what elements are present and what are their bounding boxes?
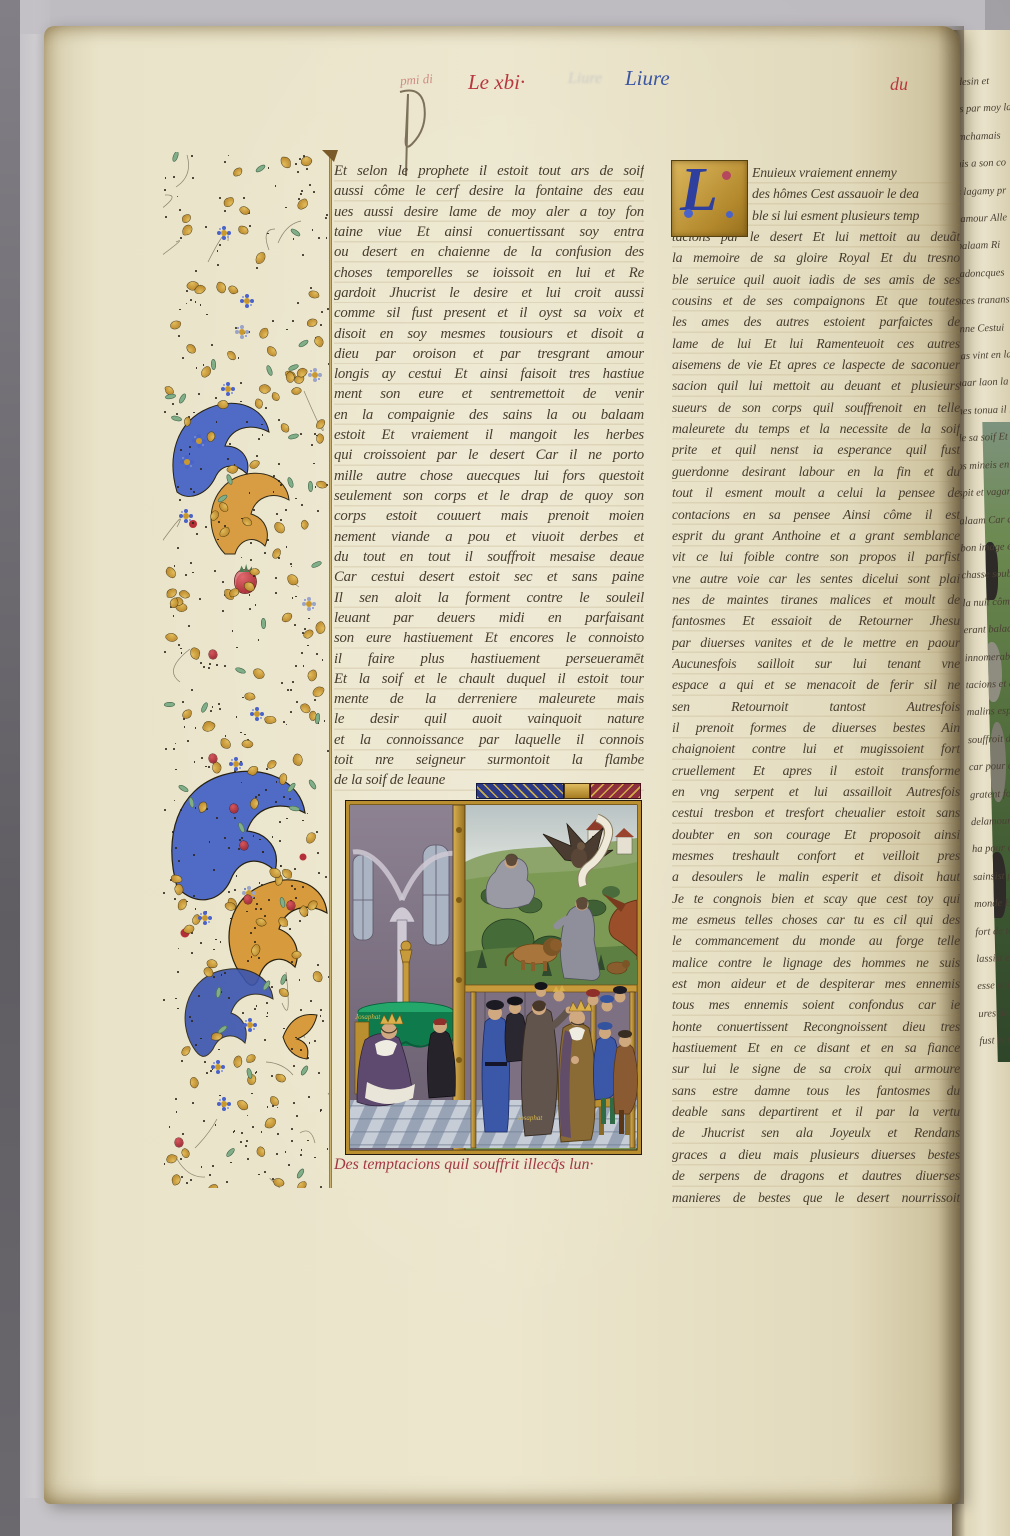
dot-motif <box>289 798 291 800</box>
text-line: en vng serpent et lui assailloit Autresf… <box>672 781 960 802</box>
dot-motif <box>228 997 230 999</box>
dot-motif <box>260 908 262 910</box>
text-line: lassist et vng me <box>976 943 1010 973</box>
dot-motif <box>165 748 167 750</box>
dot-motif <box>253 897 255 899</box>
dot-motif <box>181 1060 183 1062</box>
text-line: Il sen aloit la forment contre le soulei… <box>334 588 644 608</box>
text-line: ha pour celle gra <box>972 834 1010 864</box>
text-line: la memoire de sa gloire Royal Et du tres… <box>672 247 960 268</box>
dot-motif <box>213 976 215 978</box>
header-chapter-number: Le xbi· <box>468 70 525 95</box>
outdoor-scene <box>465 805 637 988</box>
dot-motif <box>177 971 179 973</box>
dot-motif <box>301 652 303 654</box>
dot-motif <box>294 868 296 870</box>
dot-motif <box>317 852 319 854</box>
dot-motif <box>314 699 316 701</box>
dot-motif <box>264 915 266 917</box>
dot-motif <box>200 468 202 470</box>
dot-motif <box>320 1186 322 1188</box>
dot-motif <box>308 1096 310 1098</box>
dot-motif <box>215 397 217 399</box>
text-line: le commancement du monde au forge telle <box>672 930 960 951</box>
dot-motif <box>279 840 281 842</box>
dot-motif <box>264 1039 266 1041</box>
dot-motif <box>249 225 251 227</box>
dot-motif <box>200 942 202 944</box>
dot-motif <box>224 525 226 527</box>
text-line: doubter en son courage Et proposoit ains… <box>672 824 960 845</box>
text-line: ues aussi desire lame de moy aler a toy … <box>334 202 644 222</box>
text-line: tous mes ennemis soient confondus car ie <box>672 994 960 1015</box>
dot-motif <box>182 357 184 359</box>
text-line: cruellement Et apres il estoit transform… <box>672 760 960 781</box>
dot-motif <box>163 892 165 894</box>
initial-flower-blue <box>726 211 733 218</box>
dot-motif <box>317 510 319 512</box>
text-line: esprit du grant Anthoine et a grant semb… <box>672 525 960 546</box>
text-line: sans estre damne tous les fantosmes du <box>672 1080 960 1101</box>
dot-motif <box>310 1000 312 1002</box>
dot-motif <box>222 581 224 583</box>
dot-motif <box>278 480 280 482</box>
text-line: innomerable ve <box>964 642 1010 672</box>
dot-motif <box>302 886 304 888</box>
text-line: la nuit côme <box>962 587 1010 617</box>
dot-motif <box>301 504 303 506</box>
dot-motif <box>292 681 294 683</box>
text-line: malice contre le lignage des hommes ne s… <box>672 952 960 973</box>
dot-motif <box>244 888 246 890</box>
text-line: choses temporelles se ioissoit en lui et… <box>334 263 644 283</box>
dot-motif <box>177 547 179 549</box>
dot-motif <box>198 995 200 997</box>
dot-motif <box>193 491 195 493</box>
dot-motif <box>196 533 198 535</box>
text-line: ures de tenir qui <box>978 998 1010 1028</box>
text-line: mille autre chose auecques lui fors ques… <box>334 466 644 486</box>
dot-motif <box>228 847 230 849</box>
center-name-label: Josaphat <box>517 1114 543 1122</box>
dot-motif <box>317 964 319 966</box>
dot-motif <box>318 237 320 239</box>
dot-motif <box>272 1105 274 1107</box>
dot-motif <box>224 972 226 974</box>
dot-motif <box>164 189 166 191</box>
dot-motif <box>234 889 236 891</box>
dot-motif <box>191 1020 193 1022</box>
text-line: tout il esment moult a celui la pensee d… <box>672 482 960 503</box>
text-line: comme sil fust present et il oyst sa voi… <box>334 303 644 323</box>
dot-motif <box>185 574 187 576</box>
dot-motif <box>299 158 301 160</box>
dot-motif <box>275 801 277 803</box>
text-line: car pour ce que <box>968 752 1010 782</box>
bluefl-motif <box>247 1022 253 1028</box>
text-line: et la connoissance par laquelle il conno… <box>334 730 644 750</box>
text-line: sen Retournoit tantost Autresfois <box>672 696 960 717</box>
initial-flower-pink <box>722 171 731 180</box>
text-line: il faire plus hastiuement perseueramēt <box>334 649 644 669</box>
bluefl-motif <box>244 298 250 304</box>
text-line: son eure hastiuement Et encores le conno… <box>334 628 644 648</box>
dot-motif <box>272 320 274 322</box>
text-line: mente de la derreniere maleurete mais <box>334 689 644 709</box>
dot-motif <box>189 446 191 448</box>
text-line: hastiuement Et en ce disant et en sa fia… <box>672 1037 960 1058</box>
facing-page-sliver: uardesin etnous par moy laplomchamaisdan… <box>952 30 1010 1536</box>
dot-motif <box>246 421 248 423</box>
dot-motif <box>190 488 192 490</box>
text-line: ou desert en chaienne de la confusion de… <box>334 242 644 262</box>
dot-motif <box>200 662 202 664</box>
text-line: erant balaam au <box>963 615 1010 645</box>
dot-motif <box>278 463 280 465</box>
dot-motif <box>224 665 226 667</box>
dot-motif <box>240 1141 242 1143</box>
dot-motif <box>198 393 200 395</box>
filler-blue-panel <box>476 783 564 799</box>
text-line: lame de lui Et lui Ramenteuoit ces autre… <box>672 333 960 354</box>
text-line: fantosmes Et essaioit de Retourner Jhesu <box>672 610 960 631</box>
goldleaf-motif <box>246 1054 254 1062</box>
text-line: Enuieux vraiement ennemy <box>752 162 960 183</box>
dot-motif <box>307 1057 309 1059</box>
text-line: est mon aideur et de despiterar mes enne… <box>672 973 960 994</box>
dot-motif <box>316 653 318 655</box>
bluefl-motif <box>254 711 260 717</box>
dot-motif <box>326 214 328 216</box>
dot-motif <box>321 311 323 313</box>
illuminated-initial: L <box>671 160 748 237</box>
dot-motif <box>250 559 252 561</box>
text-line: contacions en sa pensee Ainsi côme il es… <box>672 504 960 525</box>
text-line: graces a dieu mais plusieurs diuerses be… <box>672 1144 960 1165</box>
dot-motif <box>195 1044 197 1046</box>
dot-motif <box>205 526 207 528</box>
text-line: gratent fort pou <box>969 779 1010 809</box>
dot-motif <box>264 552 266 554</box>
dot-motif <box>254 927 256 929</box>
dot-motif <box>177 486 179 488</box>
dot-motif <box>280 519 282 521</box>
text-line: guerdonne desirant labour en la fin et d… <box>672 461 960 482</box>
dot-motif <box>228 891 230 893</box>
berry-motif <box>230 804 238 813</box>
goldleaf-motif <box>298 1182 307 1188</box>
text-line: chaignoient contre lui et mugissoient fo… <box>672 738 960 759</box>
text-line: de serpens de dragons et dautres diuerse… <box>672 1165 960 1186</box>
dot-motif <box>165 216 167 218</box>
dot-motif <box>189 1016 191 1018</box>
dot-motif <box>258 438 260 440</box>
dot-motif <box>268 899 270 901</box>
left-text-column: Et selon le prophete il estoit tout ars … <box>334 161 644 791</box>
text-line: me esmeus telles choses car tu es cil qu… <box>672 909 960 930</box>
dot-motif <box>188 625 190 627</box>
text-line: prite et quil nenst ia esperance quil fu… <box>672 439 960 460</box>
dot-motif <box>179 499 181 501</box>
bluefl-motif <box>183 513 189 519</box>
dot-motif <box>253 509 255 511</box>
text-line: leuant par deuers midi en parfaisant <box>334 608 644 628</box>
dot-motif <box>212 1165 214 1167</box>
text-line: mesmes treshault confort et veilloit pre… <box>672 845 960 866</box>
dot-motif <box>199 598 201 600</box>
dot-motif <box>290 711 292 713</box>
initial-flower-blue <box>684 209 693 218</box>
dot-motif <box>290 689 292 691</box>
dot-motif <box>309 184 311 186</box>
text-line: chasse soubz <box>961 560 1010 590</box>
dot-motif <box>249 608 251 610</box>
dot-motif <box>210 710 212 712</box>
text-line: de Jhucrist sen ala Joyeulx et Rendans <box>672 1122 960 1143</box>
dot-motif <box>248 331 250 333</box>
dot-motif <box>203 1120 205 1122</box>
text-line: les ames des autres estoient parfaictes … <box>672 311 960 332</box>
dot-motif <box>217 264 219 266</box>
dot-motif <box>175 1098 177 1100</box>
dot-motif <box>271 986 273 988</box>
dot-motif <box>265 789 267 791</box>
dot-motif <box>325 876 327 878</box>
dot-motif <box>191 689 193 691</box>
dot-motif <box>164 411 166 413</box>
dot-motif <box>295 665 297 667</box>
dot-motif <box>193 895 195 897</box>
dot-motif <box>178 860 180 862</box>
dot-motif <box>310 287 312 289</box>
greenleaf-motif <box>210 359 216 370</box>
dot-motif <box>182 1133 184 1135</box>
dot-motif <box>296 701 298 703</box>
dot-motif <box>209 663 211 665</box>
text-line: qui croissoient par le desert Car il ne … <box>334 445 644 465</box>
dot-motif <box>229 443 231 445</box>
text-line: estoit Et vraiement il mangoit les herbe… <box>334 425 644 445</box>
border-text-divider <box>329 152 332 1188</box>
dot-motif <box>291 1128 293 1130</box>
dot-motif <box>205 911 207 913</box>
text-line: seulement son corps et le drap de quoy s… <box>334 486 644 506</box>
text-line: Et selon le prophete il estoit tout ars … <box>334 161 644 181</box>
dot-motif <box>314 1040 316 1042</box>
dot-motif <box>300 1009 302 1011</box>
text-line: nes de maintes tiranes malices et moult … <box>672 589 960 610</box>
text-line: vne autre voie car les sentes dicelui so… <box>672 568 960 589</box>
dot-motif <box>164 651 166 653</box>
text-line: esse et bien ma <box>977 971 1010 1001</box>
text-line: en la compaignie des sains la ou balaam <box>334 405 644 425</box>
dot-motif <box>242 1012 244 1014</box>
text-line: fort de tous qui <box>975 916 1010 946</box>
text-line: Car cestui desert estoit sec et sans pai… <box>334 567 644 587</box>
dot-motif <box>179 209 181 211</box>
dot-motif <box>276 1153 278 1155</box>
text-line: honte conuertissent Recongnoissent dieu … <box>672 1016 960 1037</box>
dot-motif <box>256 903 258 905</box>
dot-motif <box>164 809 166 811</box>
dot-motif <box>224 837 226 839</box>
dot-motif <box>266 768 268 770</box>
text-line: par diuerses vanites et de le mettre en … <box>672 632 960 653</box>
dot-motif <box>239 839 241 841</box>
bluefl-motif <box>225 386 231 392</box>
dot-motif <box>291 961 293 963</box>
dot-motif <box>318 1072 320 1074</box>
dot-motif <box>186 1182 188 1184</box>
text-line: dieu par oroison et par tresgrant amour <box>334 344 644 364</box>
text-line: ble si lui esment plusieurs temp <box>752 205 960 226</box>
dot-motif <box>172 403 174 405</box>
filler-red-panel <box>590 783 641 799</box>
text-line: aisemens de vie Et apres ce laspecte de … <box>672 354 960 375</box>
text-line: fust et vng me <box>979 1026 1010 1056</box>
dot-motif <box>178 644 180 646</box>
text-line: du tout en tout il souffroit mesaise dea… <box>334 547 644 567</box>
king-name-label: Josaphat <box>355 1013 381 1021</box>
miniature-painting: Josaphat <box>345 800 642 1155</box>
text-line: cestui tresbon et tresfort cheualier est… <box>672 802 960 823</box>
dot-motif <box>254 1008 256 1010</box>
dot-motif <box>192 522 194 524</box>
goldleaf-motif <box>281 424 289 432</box>
dot-motif <box>180 449 182 451</box>
text-line: delamour de di <box>970 806 1010 836</box>
dot-motif <box>211 344 213 346</box>
header-running-title: Liure <box>625 66 670 91</box>
text-line: deable sans departirent et il par la ver… <box>672 1101 960 1122</box>
goldleaf-motif <box>276 1074 285 1082</box>
dot-motif <box>226 1181 228 1183</box>
text-line: monde Et par la <box>974 889 1010 919</box>
text-line: vit ce lui foible contre son propos il p… <box>672 546 960 567</box>
dot-motif <box>287 689 289 691</box>
text-line: Je te congnois bien et scay que cest toy… <box>672 888 960 909</box>
dot-motif <box>294 624 296 626</box>
dot-motif <box>252 1126 254 1128</box>
dot-motif <box>209 1174 211 1176</box>
dot-motif <box>192 177 194 179</box>
text-line: toit nre seigneur surmontoit la flambe <box>334 750 644 770</box>
text-line: aussi côme le cerf desire la fontaine de… <box>334 181 644 201</box>
text-line: ment son eure et sentremettoit de venir <box>334 384 644 404</box>
text-line: sur lui le signe de sa croix qui armoure <box>672 1058 960 1079</box>
dot-motif <box>306 168 308 170</box>
text-line: le desir quil auoit vainquoit nature <box>334 709 644 729</box>
acanthus-cluster-upper <box>165 374 315 574</box>
text-line: a desoulers le malin esperit et disoit h… <box>672 866 960 887</box>
dot-motif <box>291 1140 293 1142</box>
bluefl-motif <box>184 459 190 465</box>
dot-motif <box>208 766 210 768</box>
greenleaf-motif <box>307 481 313 492</box>
dot-motif <box>186 290 188 292</box>
text-line: corps estoit couuert mais prenoit moien <box>334 506 644 526</box>
dot-motif <box>213 869 215 871</box>
text-line: alaam Car de <box>959 505 1010 535</box>
dot-motif <box>178 335 180 337</box>
text-line: nement viande a pou et viuoit derbes et <box>334 527 644 547</box>
text-line: manieres de bestes que le desert nourris… <box>672 1187 960 1208</box>
dot-motif <box>258 794 260 796</box>
dot-motif <box>216 817 218 819</box>
text-line: longis ay cestui Et ainsi faisoit tres h… <box>334 364 644 384</box>
dot-motif <box>265 407 267 409</box>
dot-motif <box>276 513 278 515</box>
dot-motif <box>191 952 193 954</box>
dot-motif <box>311 444 313 446</box>
text-line: tacions et des <box>965 670 1010 700</box>
dot-motif <box>173 176 175 178</box>
dot-motif <box>227 458 229 460</box>
dot-motif <box>181 1176 183 1178</box>
text-line: gardoit Jhucrist le desire et lui croit … <box>334 283 644 303</box>
dot-motif <box>254 941 256 943</box>
dot-motif <box>299 920 301 922</box>
dot-motif <box>298 198 300 200</box>
dot-motif <box>278 557 280 559</box>
dot-motif <box>201 757 203 759</box>
header-running-title-right: du <box>890 74 908 95</box>
header-offset-smudge: Liure <box>568 70 602 88</box>
photo-left-edge <box>0 0 20 1536</box>
text-line: espace a qui et se menacoit de ferir sil… <box>672 674 960 695</box>
text-line: bon image et la <box>960 533 1010 563</box>
berry-motif <box>244 895 252 904</box>
dot-motif <box>325 217 327 219</box>
dot-motif <box>293 1065 295 1067</box>
dot-motif <box>300 1049 302 1051</box>
dot-motif <box>264 1171 266 1173</box>
dot-motif <box>255 908 257 910</box>
dot-motif <box>175 847 177 849</box>
right-text-column: Enuieux vraiement ennemydes hômes Cest a… <box>672 162 960 1208</box>
dot-motif <box>218 521 220 523</box>
dot-motif <box>192 1102 194 1104</box>
berry-motif <box>287 901 295 910</box>
text-line: ble seruice quil auoit iadis de ses amis… <box>672 269 960 290</box>
dot-motif <box>214 570 216 572</box>
text-line: taine viue Et ainsi conuertissant soy en… <box>334 222 644 242</box>
text-line: souffroit de bestes <box>967 724 1010 754</box>
dot-motif <box>285 509 287 511</box>
berry-motif <box>240 841 248 850</box>
manuscript-photo: uardesin etnous par moy laplomchamaisdan… <box>0 0 1010 1536</box>
text-line: sacion quil lui mettoit au deuant et plu… <box>672 375 960 396</box>
dot-motif <box>278 419 280 421</box>
dot-motif <box>219 197 221 199</box>
text-line: Aucunesfois sailloit sur lui tenant vne <box>672 653 960 674</box>
dot-motif <box>195 270 197 272</box>
floral-border <box>163 152 329 1188</box>
filler-gold-knot <box>564 783 590 799</box>
dot-motif <box>297 171 299 173</box>
dot-motif <box>267 539 269 541</box>
dot-motif <box>300 433 302 435</box>
text-line: il prenoit formes de diuerses bestes Ain <box>672 717 960 738</box>
dot-motif <box>279 821 281 823</box>
dot-motif <box>240 382 242 384</box>
text-line: des hômes Cest assauoir le dea <box>752 183 960 204</box>
text-line: maleurete du temps et la necessite de la… <box>672 418 960 439</box>
dot-motif <box>271 1075 273 1077</box>
text-line: cousins et de ses compaignons Et que tou… <box>672 290 960 311</box>
dot-motif <box>190 299 192 301</box>
line-filler-bar <box>476 783 641 799</box>
